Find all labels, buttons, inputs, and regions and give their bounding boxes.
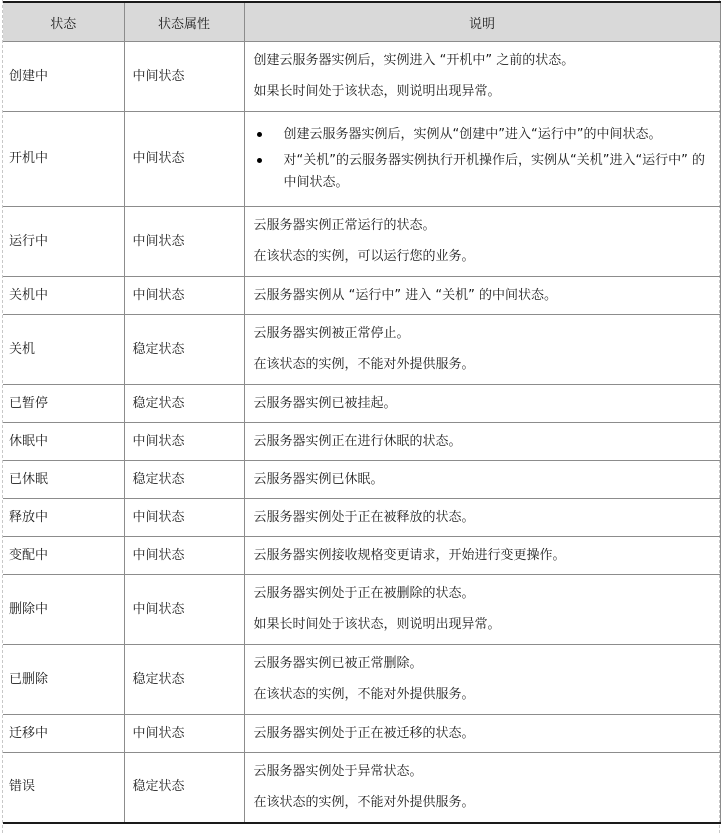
description-line: 云服务器实例被正常停止。 <box>254 325 712 343</box>
state-cell: 迁移中 <box>3 715 124 753</box>
description-line: 在该状态的实例，不能对外提供服务。 <box>254 794 712 812</box>
state-cell: 删除中 <box>3 575 124 645</box>
attribute-cell: 中间状态 <box>124 207 244 277</box>
state-cell: 开机中 <box>3 112 124 207</box>
description-bullet-list: 创建云服务器实例后，实例从“创建中”进入“运行中”的中间状态。 对“关机”的云服… <box>254 124 712 194</box>
description-cell: 云服务器实例接收规格变更请求，开始进行变更操作。 <box>244 537 720 575</box>
table-row: 错误 稳定状态 云服务器实例处于异常状态。 在该状态的实例，不能对外提供服务。 <box>3 753 720 823</box>
description-line: 在该状态的实例，不能对外提供服务。 <box>254 356 712 374</box>
bullet-item: 对“关机”的云服务器实例执行开机操作后，实例从“关机”进入“运行中” 的中间状态… <box>254 150 712 194</box>
description-line: 云服务器实例从 “运行中” 进入 “关机” 的中间状态。 <box>254 287 712 305</box>
description-line: 在该状态的实例，不能对外提供服务。 <box>254 686 712 704</box>
instance-state-table: 状态 状态属性 说明 创建中 中间状态 创建云服务器实例后，实例进入 “开机中”… <box>3 1 721 824</box>
attribute-cell: 稳定状态 <box>124 753 244 823</box>
attribute-cell: 中间状态 <box>124 715 244 753</box>
header-description: 说明 <box>244 2 720 42</box>
description-cell: 云服务器实例已被挂起。 <box>244 385 720 423</box>
state-cell: 已删除 <box>3 645 124 715</box>
attribute-cell: 中间状态 <box>124 423 244 461</box>
table-row: 已删除 稳定状态 云服务器实例已被正常删除。 在该状态的实例，不能对外提供服务。 <box>3 645 720 715</box>
table-header-row: 状态 状态属性 说明 <box>3 2 720 42</box>
description-cell: 云服务器实例处于正在被迁移的状态。 <box>244 715 720 753</box>
bullet-dot-icon <box>257 158 262 163</box>
description-cell: 云服务器实例已休眠。 <box>244 461 720 499</box>
state-cell: 错误 <box>3 753 124 823</box>
description-line: 云服务器实例处于正在被释放的状态。 <box>254 509 712 527</box>
attribute-cell: 中间状态 <box>124 499 244 537</box>
state-cell: 休眠中 <box>3 423 124 461</box>
description-cell: 云服务器实例已被正常删除。 在该状态的实例，不能对外提供服务。 <box>244 645 720 715</box>
description-line: 创建云服务器实例后，实例进入 “开机中” 之前的状态。 <box>254 52 712 70</box>
bullet-text: 创建云服务器实例后，实例从“创建中”进入“运行中”的中间状态。 <box>284 127 662 142</box>
attribute-cell: 稳定状态 <box>124 461 244 499</box>
state-cell: 已暂停 <box>3 385 124 423</box>
state-cell: 关机中 <box>3 277 124 315</box>
description-line: 云服务器实例已休眠。 <box>254 471 712 489</box>
attribute-cell: 稳定状态 <box>124 385 244 423</box>
state-cell: 释放中 <box>3 499 124 537</box>
table-row: 已暂停 稳定状态 云服务器实例已被挂起。 <box>3 385 720 423</box>
description-cell: 云服务器实例正常运行的状态。 在该状态的实例，可以运行您的业务。 <box>244 207 720 277</box>
attribute-cell: 稳定状态 <box>124 645 244 715</box>
description-line: 如果长时间处于该状态，则说明出现异常。 <box>254 83 712 101</box>
description-cell: 云服务器实例被正常停止。 在该状态的实例，不能对外提供服务。 <box>244 315 720 385</box>
table-row: 开机中 中间状态 创建云服务器实例后，实例从“创建中”进入“运行中”的中间状态。… <box>3 112 720 207</box>
description-line: 云服务器实例处于正在被删除的状态。 <box>254 585 712 603</box>
description-cell: 云服务器实例处于正在被删除的状态。 如果长时间处于该状态，则说明出现异常。 <box>244 575 720 645</box>
description-cell: 创建云服务器实例后，实例从“创建中”进入“运行中”的中间状态。 对“关机”的云服… <box>244 112 720 207</box>
bullet-item: 创建云服务器实例后，实例从“创建中”进入“运行中”的中间状态。 <box>254 124 712 146</box>
description-line: 云服务器实例已被正常删除。 <box>254 655 712 673</box>
header-attribute: 状态属性 <box>124 2 244 42</box>
table-row: 释放中 中间状态 云服务器实例处于正在被释放的状态。 <box>3 499 720 537</box>
description-line: 云服务器实例接收规格变更请求，开始进行变更操作。 <box>254 547 712 565</box>
state-cell: 创建中 <box>3 42 124 112</box>
description-cell: 云服务器实例正在进行休眠的状态。 <box>244 423 720 461</box>
table-row: 删除中 中间状态 云服务器实例处于正在被删除的状态。 如果长时间处于该状态，则说… <box>3 575 720 645</box>
description-line: 在该状态的实例，可以运行您的业务。 <box>254 248 712 266</box>
attribute-cell: 稳定状态 <box>124 315 244 385</box>
table-row: 变配中 中间状态 云服务器实例接收规格变更请求，开始进行变更操作。 <box>3 537 720 575</box>
description-line: 云服务器实例已被挂起。 <box>254 395 712 413</box>
attribute-cell: 中间状态 <box>124 537 244 575</box>
attribute-cell: 中间状态 <box>124 277 244 315</box>
header-state: 状态 <box>3 2 124 42</box>
bullet-dot-icon <box>257 132 262 137</box>
table-row: 运行中 中间状态 云服务器实例正常运行的状态。 在该状态的实例，可以运行您的业务… <box>3 207 720 277</box>
state-cell: 关机 <box>3 315 124 385</box>
description-line: 云服务器实例处于异常状态。 <box>254 763 712 781</box>
description-line: 云服务器实例正常运行的状态。 <box>254 217 712 235</box>
bullet-text: 对“关机”的云服务器实例执行开机操作后，实例从“关机”进入“运行中” 的中间状态… <box>284 153 706 190</box>
state-cell: 变配中 <box>3 537 124 575</box>
description-cell: 云服务器实例处于异常状态。 在该状态的实例，不能对外提供服务。 <box>244 753 720 823</box>
table-row: 关机 稳定状态 云服务器实例被正常停止。 在该状态的实例，不能对外提供服务。 <box>3 315 720 385</box>
description-line: 如果长时间处于该状态，则说明出现异常。 <box>254 616 712 634</box>
table-row: 创建中 中间状态 创建云服务器实例后，实例进入 “开机中” 之前的状态。 如果长… <box>3 42 720 112</box>
description-cell: 创建云服务器实例后，实例进入 “开机中” 之前的状态。 如果长时间处于该状态，则… <box>244 42 720 112</box>
table-row: 已休眠 稳定状态 云服务器实例已休眠。 <box>3 461 720 499</box>
description-line: 云服务器实例正在进行休眠的状态。 <box>254 433 712 451</box>
state-cell: 运行中 <box>3 207 124 277</box>
attribute-cell: 中间状态 <box>124 42 244 112</box>
state-cell: 已休眠 <box>3 461 124 499</box>
table-row: 休眠中 中间状态 云服务器实例正在进行休眠的状态。 <box>3 423 720 461</box>
attribute-cell: 中间状态 <box>124 575 244 645</box>
table-row: 迁移中 中间状态 云服务器实例处于正在被迁移的状态。 <box>3 715 720 753</box>
description-line: 云服务器实例处于正在被迁移的状态。 <box>254 725 712 743</box>
attribute-cell: 中间状态 <box>124 112 244 207</box>
description-cell: 云服务器实例从 “运行中” 进入 “关机” 的中间状态。 <box>244 277 720 315</box>
table-row: 关机中 中间状态 云服务器实例从 “运行中” 进入 “关机” 的中间状态。 <box>3 277 720 315</box>
description-cell: 云服务器实例处于正在被释放的状态。 <box>244 499 720 537</box>
